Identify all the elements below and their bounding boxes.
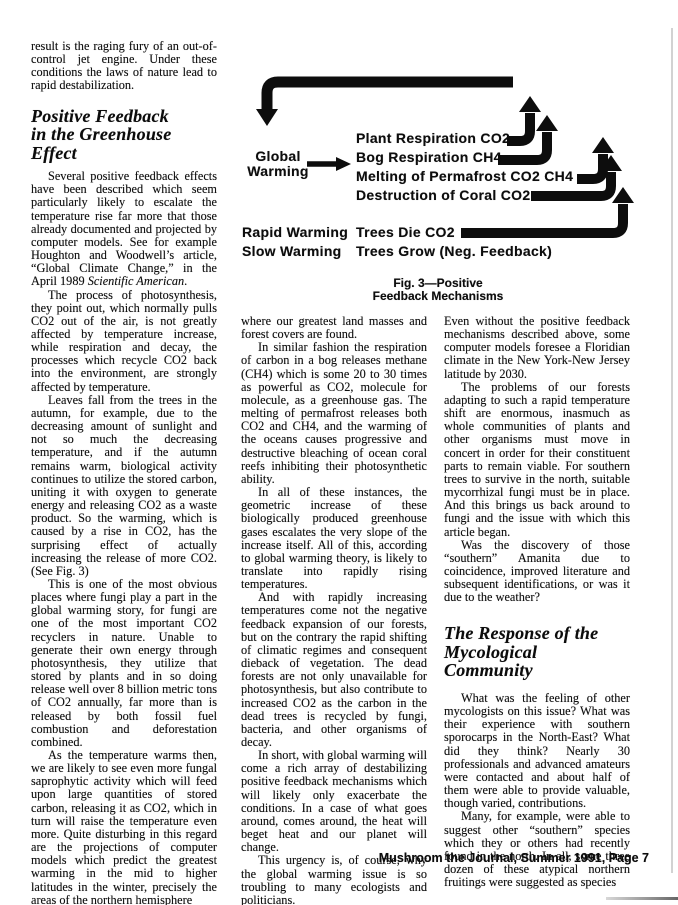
down-arrowhead-icon xyxy=(256,109,278,126)
paragraph: The process of photosynthesis, they poin… xyxy=(31,289,217,394)
footer-credit: Mushroom the Journal, Summer 1991, Page … xyxy=(379,851,649,865)
outcome-condition-rapid: Rapid Warming xyxy=(242,225,348,240)
outcome-condition-slow: Slow Warming xyxy=(242,244,342,259)
heading-line: Positive Feedback xyxy=(31,106,169,126)
trees-die-arrow xyxy=(461,204,623,233)
paragraph: The problems of our forests adapting to … xyxy=(444,381,630,539)
paragraph: And with rapidly increasing temperatures… xyxy=(241,591,427,749)
paragraph: In short, with global warming will come … xyxy=(241,749,427,854)
left-column: result is the raging fury of an out-of-c… xyxy=(31,40,217,905)
outcome-result-trees-grow: Trees Grow (Neg. Feedback) xyxy=(356,244,552,259)
paragraph: This is one of the most obvious places w… xyxy=(31,578,217,749)
feedback-return-bar xyxy=(267,82,513,111)
up-arrowhead-icon xyxy=(519,96,541,112)
middle-column: where our greatest land masses and fores… xyxy=(241,315,427,905)
feedback-row-coral: Destruction of Coral CO2 xyxy=(356,188,530,203)
up-arrowhead-icon xyxy=(592,137,614,153)
right-column: Even without the positive feedback mecha… xyxy=(444,315,630,889)
section-heading-greenhouse: Positive Feedbackin the Greenhouse Effec… xyxy=(31,107,217,163)
global-warming-line: Global xyxy=(255,148,300,164)
feedback-row-plant: Plant Respiration CO2 xyxy=(356,131,510,146)
outcome-result-trees-die: Trees Die CO2 xyxy=(356,225,455,240)
paragraph: Several positive feedback effects have b… xyxy=(31,170,217,288)
right-column-paragraphs-before: Even without the positive feedback mecha… xyxy=(444,315,630,604)
journal-page: result is the raging fury of an out-of-c… xyxy=(0,0,678,905)
paragraph: As the temperature warms then, we are li… xyxy=(31,749,217,905)
feedback-row-permafrost: Melting of Permafrost CO2 CH4 xyxy=(356,169,573,184)
heading-line: The Response of the xyxy=(444,623,598,643)
heading-line: in the Greenhouse Effect xyxy=(31,124,171,163)
left-lead-paragraphs: result is the raging fury of an out-of-c… xyxy=(31,40,217,93)
paragraph: where our greatest land masses and fores… xyxy=(241,315,427,341)
right-arrowhead-icon xyxy=(336,157,351,171)
heading-line: Mycological Community xyxy=(444,642,537,681)
global-warming-label: GlobalWarming xyxy=(242,149,314,179)
up-arrowhead-icon xyxy=(536,115,558,131)
figure-caption-line: Feedback Mechanisms xyxy=(373,289,504,303)
paragraph: In all of these instances, the geometric… xyxy=(241,486,427,591)
paragraph: Many, for example, were able to suggest … xyxy=(444,810,630,889)
feedback-row-bog: Bog Respiration CH4 xyxy=(356,150,502,165)
scan-edge-artifact-right xyxy=(671,28,673,873)
figure-caption: Fig. 3—PositiveFeedback Mechanisms xyxy=(298,277,578,302)
paragraph: Leaves fall from the trees in the autumn… xyxy=(31,394,217,578)
paragraph: Was the discovery of those “southern” Am… xyxy=(444,539,630,605)
scan-edge-artifact-bottom xyxy=(606,897,678,900)
figure-3-diagram: GlobalWarming Plant Respiration CO2 Bog … xyxy=(240,55,678,307)
paragraph: In similar fashion the respiration of ca… xyxy=(241,341,427,486)
section-heading-response: The Response of theMycological Community xyxy=(444,624,630,680)
paragraph: Even without the positive feedback mecha… xyxy=(444,315,630,381)
paragraph: What was the feeling of other mycologist… xyxy=(444,692,630,810)
plant-respiration-arrow xyxy=(507,113,530,141)
permafrost-arrow xyxy=(577,154,603,179)
left-column-paragraphs: Several positive feedback effects have b… xyxy=(31,170,217,905)
paragraph: result is the raging fury of an out-of-c… xyxy=(31,40,217,93)
global-warming-line: Warming xyxy=(247,163,308,179)
